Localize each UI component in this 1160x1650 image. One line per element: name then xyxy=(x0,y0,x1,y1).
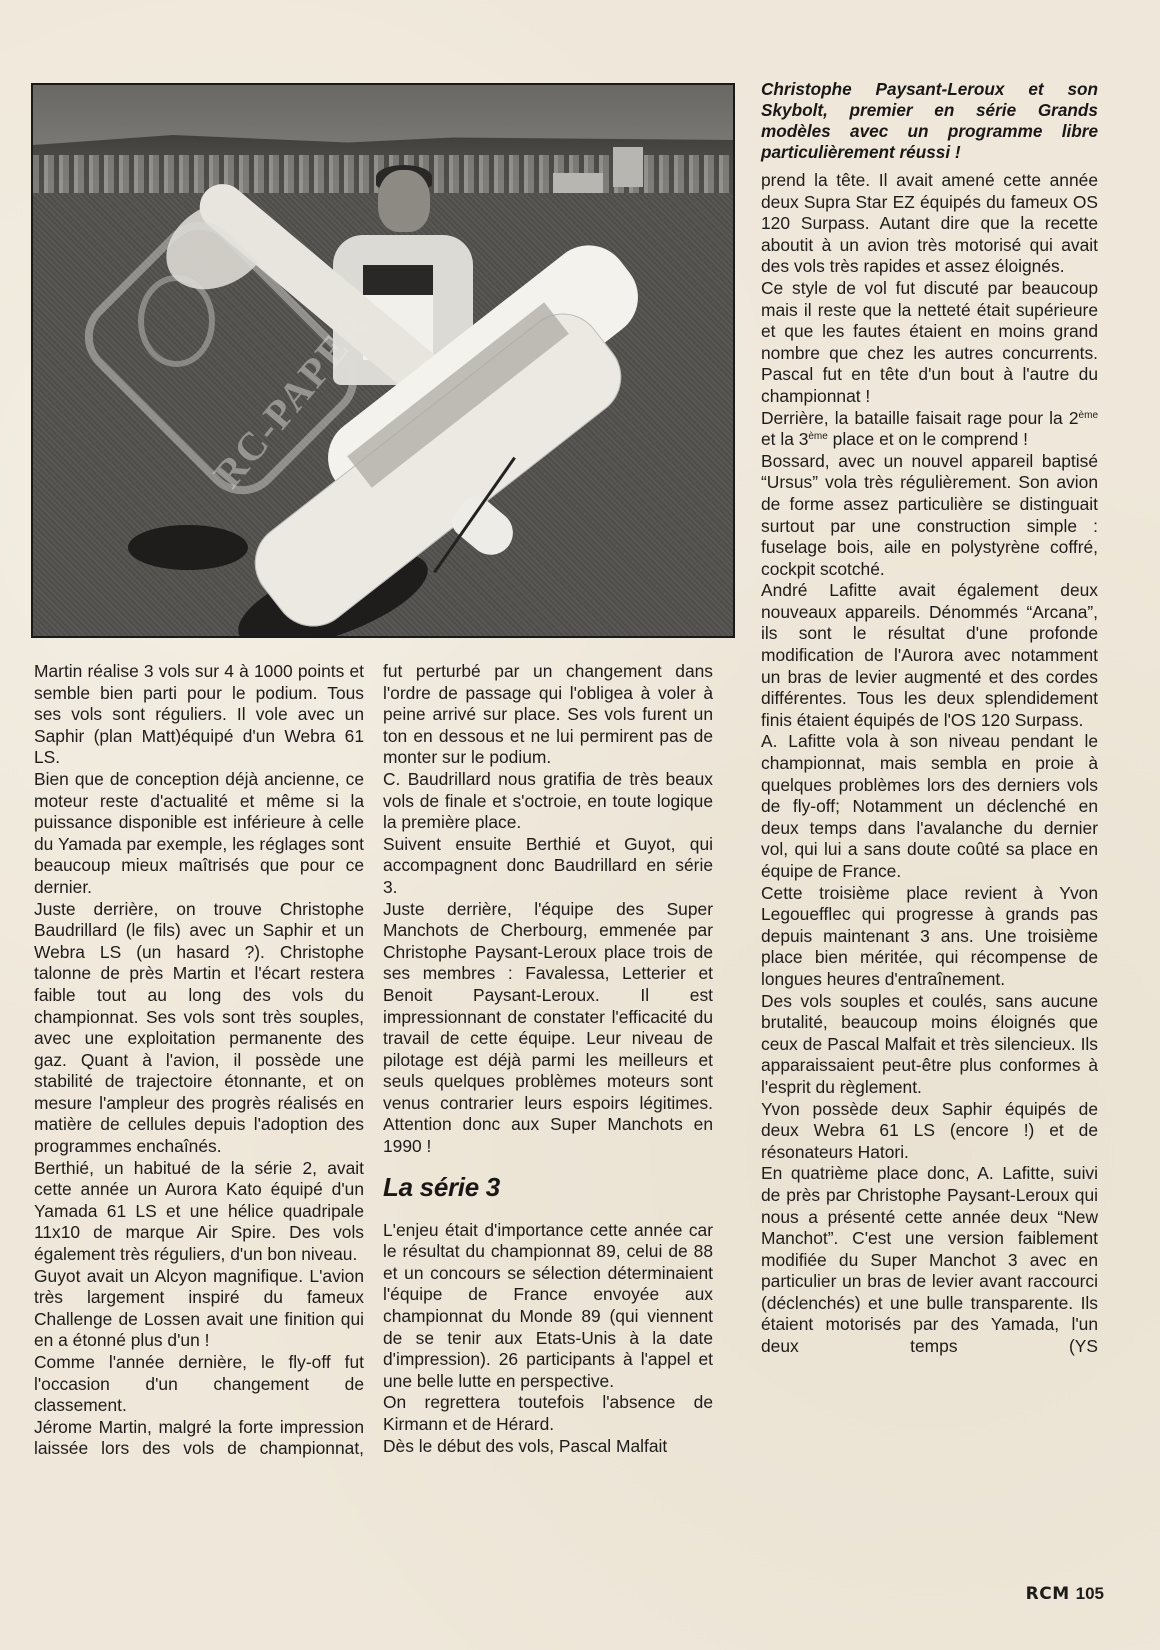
paragraph: Martin réalise 3 vols sur 4 à 1000 point… xyxy=(34,661,364,769)
ordinal-suffix: ème xyxy=(808,431,827,442)
paragraph: En quatrième place donc, A. Lafitte, sui… xyxy=(761,1163,1098,1357)
magazine-name: RCM xyxy=(1026,1584,1070,1604)
paragraph-placings: Derrière, la bataille faisait rage pour … xyxy=(761,408,1098,451)
right-column: prend la tête. Il avait amené cette anné… xyxy=(761,170,1098,1358)
paragraph: On regrettera toutefois l'absence de Kir… xyxy=(383,1392,713,1435)
text: et la xyxy=(761,429,799,449)
paragraph: Jérome Martin, malgré la forte impressio… xyxy=(34,1417,364,1460)
paragraph: Suivent ensuite Berthié et Guyot, qui ac… xyxy=(383,834,713,899)
page-footer: RCM105 xyxy=(1026,1584,1104,1604)
paragraph: fut perturbé par un changement dans l'or… xyxy=(383,661,713,769)
photo-shadow xyxy=(128,525,248,570)
paragraph: Berthié, un habitué de la série 2, avait… xyxy=(34,1158,364,1266)
paragraph: André Lafitte avait également deux nouve… xyxy=(761,580,1098,731)
paragraph: Juste derrière, l'équipe des Super Manch… xyxy=(383,899,713,1158)
ordinal-number: 3 xyxy=(799,429,809,449)
page-number: 105 xyxy=(1076,1584,1104,1603)
photo-caption: Christophe Paysant-Leroux et son Skybolt… xyxy=(761,79,1098,163)
ordinal-suffix: ème xyxy=(1079,410,1098,421)
paragraph: Yvon possède deux Saphir équipés de deux… xyxy=(761,1099,1098,1164)
ordinal-number: 2 xyxy=(1069,408,1079,428)
left-column: Martin réalise 3 vols sur 4 à 1000 point… xyxy=(34,661,364,1460)
paragraph: Bien que de conception déjà ancienne, ce… xyxy=(34,769,364,899)
paragraph: prend la tête. Il avait amené cette anné… xyxy=(761,170,1098,278)
paragraph: Dès le début des vols, Pascal Malfait xyxy=(383,1436,713,1458)
paragraph: Comme l'année dernière, le fly-off fut l… xyxy=(34,1352,364,1417)
paragraph: Bossard, avec un nouvel appareil baptisé… xyxy=(761,451,1098,581)
paragraph: Des vols souples et coulés, sans aucune … xyxy=(761,991,1098,1099)
paragraph: C. Baudrillard nous gratifia de très bea… xyxy=(383,769,713,834)
watermark-circle xyxy=(138,275,215,367)
paragraph: Juste derrière, on trouve Christophe Bau… xyxy=(34,899,364,1158)
article-photo: 91 RC-PAPER xyxy=(31,83,735,638)
text: place et on le comprend ! xyxy=(828,429,1028,449)
paragraph: Cette troisième place revient à Yvon Leg… xyxy=(761,883,1098,991)
photo-building xyxy=(613,147,643,187)
photo-sky xyxy=(33,85,733,145)
section-heading: La série 3 xyxy=(383,1172,713,1202)
photo-building xyxy=(553,173,603,193)
paragraph: L'enjeu était d'importance cette année c… xyxy=(383,1220,713,1393)
paragraph: Guyot avait un Alcyon magnifique. L'avio… xyxy=(34,1266,364,1352)
paragraph: A. Lafitte vola à son niveau pendant le … xyxy=(761,731,1098,882)
photo-person-head xyxy=(378,170,430,232)
paragraph: Ce style de vol fut discuté par beaucoup… xyxy=(761,278,1098,408)
middle-column: fut perturbé par un changement dans l'or… xyxy=(383,661,713,1457)
text: Derrière, la bataille faisait rage pour … xyxy=(761,408,1069,428)
